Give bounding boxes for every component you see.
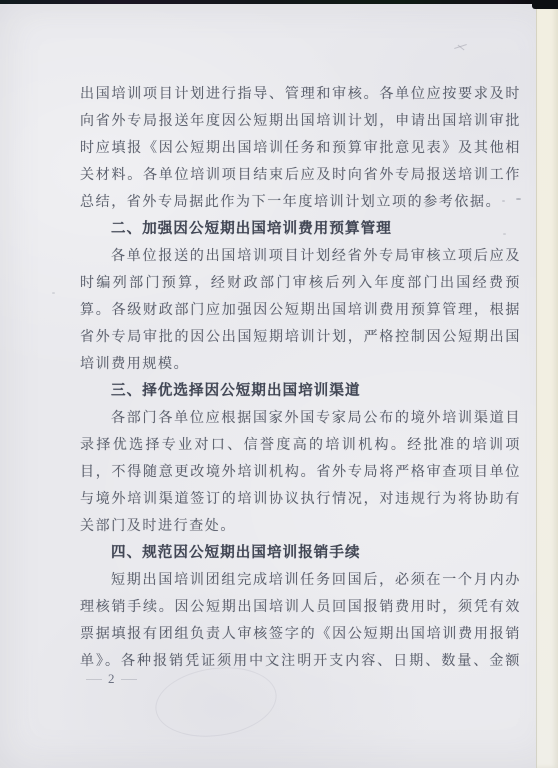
scan-speck — [516, 198, 521, 200]
text-line: 算。各级财政部门应加强因公短期出国培训费用预算管理，根据 — [80, 297, 521, 324]
text-line: 与境外培训渠道签订的培训协议执行情况，对违规行为将协助有 — [80, 486, 521, 513]
text-line: 各单位报送的出国培训项目计划经省外专局审核立项后应及 — [80, 243, 521, 270]
text-line: 理核销手续。因公短期出国培训人员回国报销费用时，须凭有效 — [80, 594, 521, 621]
text-line: 单》。各种报销凭证须用中文注明开支内容、日期、数量、金额 — [80, 648, 521, 675]
scanner-edge-band — [0, 0, 558, 4]
text-line: 时应填报《因公短期出国培训任务和预算审批意见表》及其他相 — [80, 135, 521, 162]
text-line: 出国培训项目计划进行指导、管理和审核。各单位应按要求及时 — [80, 81, 521, 108]
footer-dash — [121, 679, 137, 680]
text-line: 短期出国培训团组完成培训任务回国后，必须在一个月内办 — [80, 567, 521, 594]
scan-speck — [503, 233, 506, 235]
scanner-corner-shadow — [532, 0, 558, 9]
text-line: 关材料。各单位培训项目结束后应及时向省外专局报送培训工作 — [80, 162, 521, 189]
text-line: 总结，省外专局据此作为下一年度培训计划立项的参考依据。 — [80, 189, 521, 216]
section-three: 三、择优选择因公短期出国培训渠道 各部门各单位应根据国家外国专家局公布的境外培训… — [80, 378, 521, 540]
text-line: 培训费用规模。 — [80, 351, 521, 378]
section-heading: 二、加强因公短期出国培训费用预算管理 — [80, 216, 521, 243]
text-line: 录择优选择专业对口、信誉度高的培训机构。经批准的培训项 — [80, 432, 521, 459]
text-line: 票据填报有团组负责人审核签字的《因公短期出国培训费用报销 — [80, 621, 521, 648]
footer-dash — [86, 679, 102, 680]
page-number: 2 — [108, 671, 115, 687]
scanned-page: 出国培训项目计划进行指导、管理和审核。各单位应按要求及时 向省外专局报送年度因公… — [0, 0, 558, 768]
text-line: 目，不得随意更改境外培训机构。省外专局将严格审查项目单位 — [80, 459, 521, 486]
text-line: 各部门各单位应根据国家外国专家局公布的境外培训渠道目 — [80, 405, 521, 432]
section-two: 二、加强因公短期出国培训费用预算管理 各单位报送的出国培训项目计划经省外专局审核… — [80, 216, 521, 378]
text-line: 关部门及时进行查处。 — [80, 513, 521, 540]
section-continuation: 出国培训项目计划进行指导、管理和审核。各单位应按要求及时 向省外专局报送年度因公… — [80, 81, 521, 216]
text-line: 向省外专局报送年度因公短期出国培训计划，申请出国培训审批 — [80, 108, 521, 135]
page-footer: 2 — [86, 671, 137, 687]
pencil-mark — [453, 42, 469, 52]
text-line: 省外专局审批的因公出国短期培训计划，严格控制因公短期出国 — [80, 324, 521, 351]
section-four: 四、规范因公短期出国培训报销手续 短期出国培训团组完成培训任务回国后，必须在一个… — [80, 540, 521, 675]
document-text: 出国培训项目计划进行指导、管理和审核。各单位应按要求及时 向省外专局报送年度因公… — [80, 81, 521, 675]
section-heading: 四、规范因公短期出国培训报销手续 — [80, 540, 521, 567]
text-line: 时编列部门预算，经财政部门审核后列入年度部门出国经费预 — [80, 270, 521, 297]
paper-edge-strip — [536, 0, 558, 768]
scan-speck — [502, 200, 505, 202]
scan-speck — [52, 292, 55, 294]
section-heading: 三、择优选择因公短期出国培训渠道 — [80, 378, 521, 405]
